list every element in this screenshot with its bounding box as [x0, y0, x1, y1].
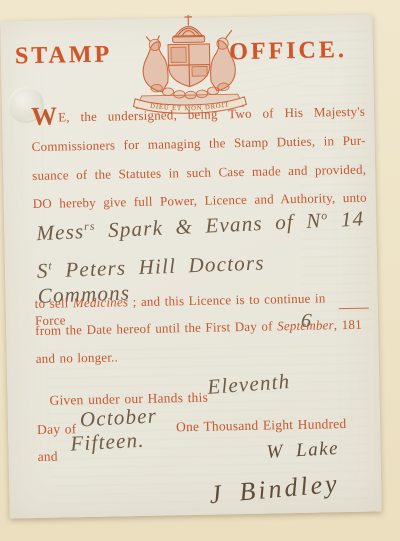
handwritten-day-word: Eleventh — [206, 369, 291, 400]
handwritten-grantee-name: Messrs Spark & Evans of No 14 — [36, 206, 367, 246]
sell-prefix: to sell — [35, 295, 74, 311]
body-line-1-text: E, the undersigned, being Two of His Maj… — [58, 104, 365, 125]
grantee-prefix: Mess — [36, 219, 85, 245]
body-line-3: suance of the Statutes in such Case made… — [32, 161, 366, 184]
no-longer-line: and no longer.. — [36, 344, 370, 367]
royal-coat-of-arms-icon: DIEU ET MON DROIT — [108, 10, 270, 117]
and-label: and — [37, 449, 57, 465]
stamp-title: STAMP — [15, 41, 113, 70]
saint-abbrev: S — [36, 258, 49, 282]
medicines-word: Medicines — [73, 294, 129, 310]
one-thousand-label: One Thousand Eight Hundred — [176, 416, 347, 435]
commissioner-signature-1: W Lake — [266, 438, 340, 464]
body-line-1: WE, the undersigned, being Two of His Ma… — [31, 103, 365, 126]
date-prefix: from the Date hereof until the First Day… — [35, 318, 277, 338]
scanned-licence-photo: STAMP OFFICE. — [0, 0, 400, 541]
commissioner-signature-2: J Bindley — [208, 469, 341, 510]
body-line-2: Commissioners for managing the Stamp Dut… — [32, 132, 366, 155]
licence-document-paper: STAMP OFFICE. — [0, 14, 381, 518]
street-number: 14 — [328, 206, 365, 232]
printed-year-stub: , 181 — [334, 317, 362, 333]
handwritten-year-word: Fifteen. — [70, 428, 146, 457]
grantee-names: Spark & Evans of N — [95, 208, 322, 242]
printed-rule-dash — [339, 307, 369, 309]
drop-cap-w: W — [31, 102, 59, 132]
